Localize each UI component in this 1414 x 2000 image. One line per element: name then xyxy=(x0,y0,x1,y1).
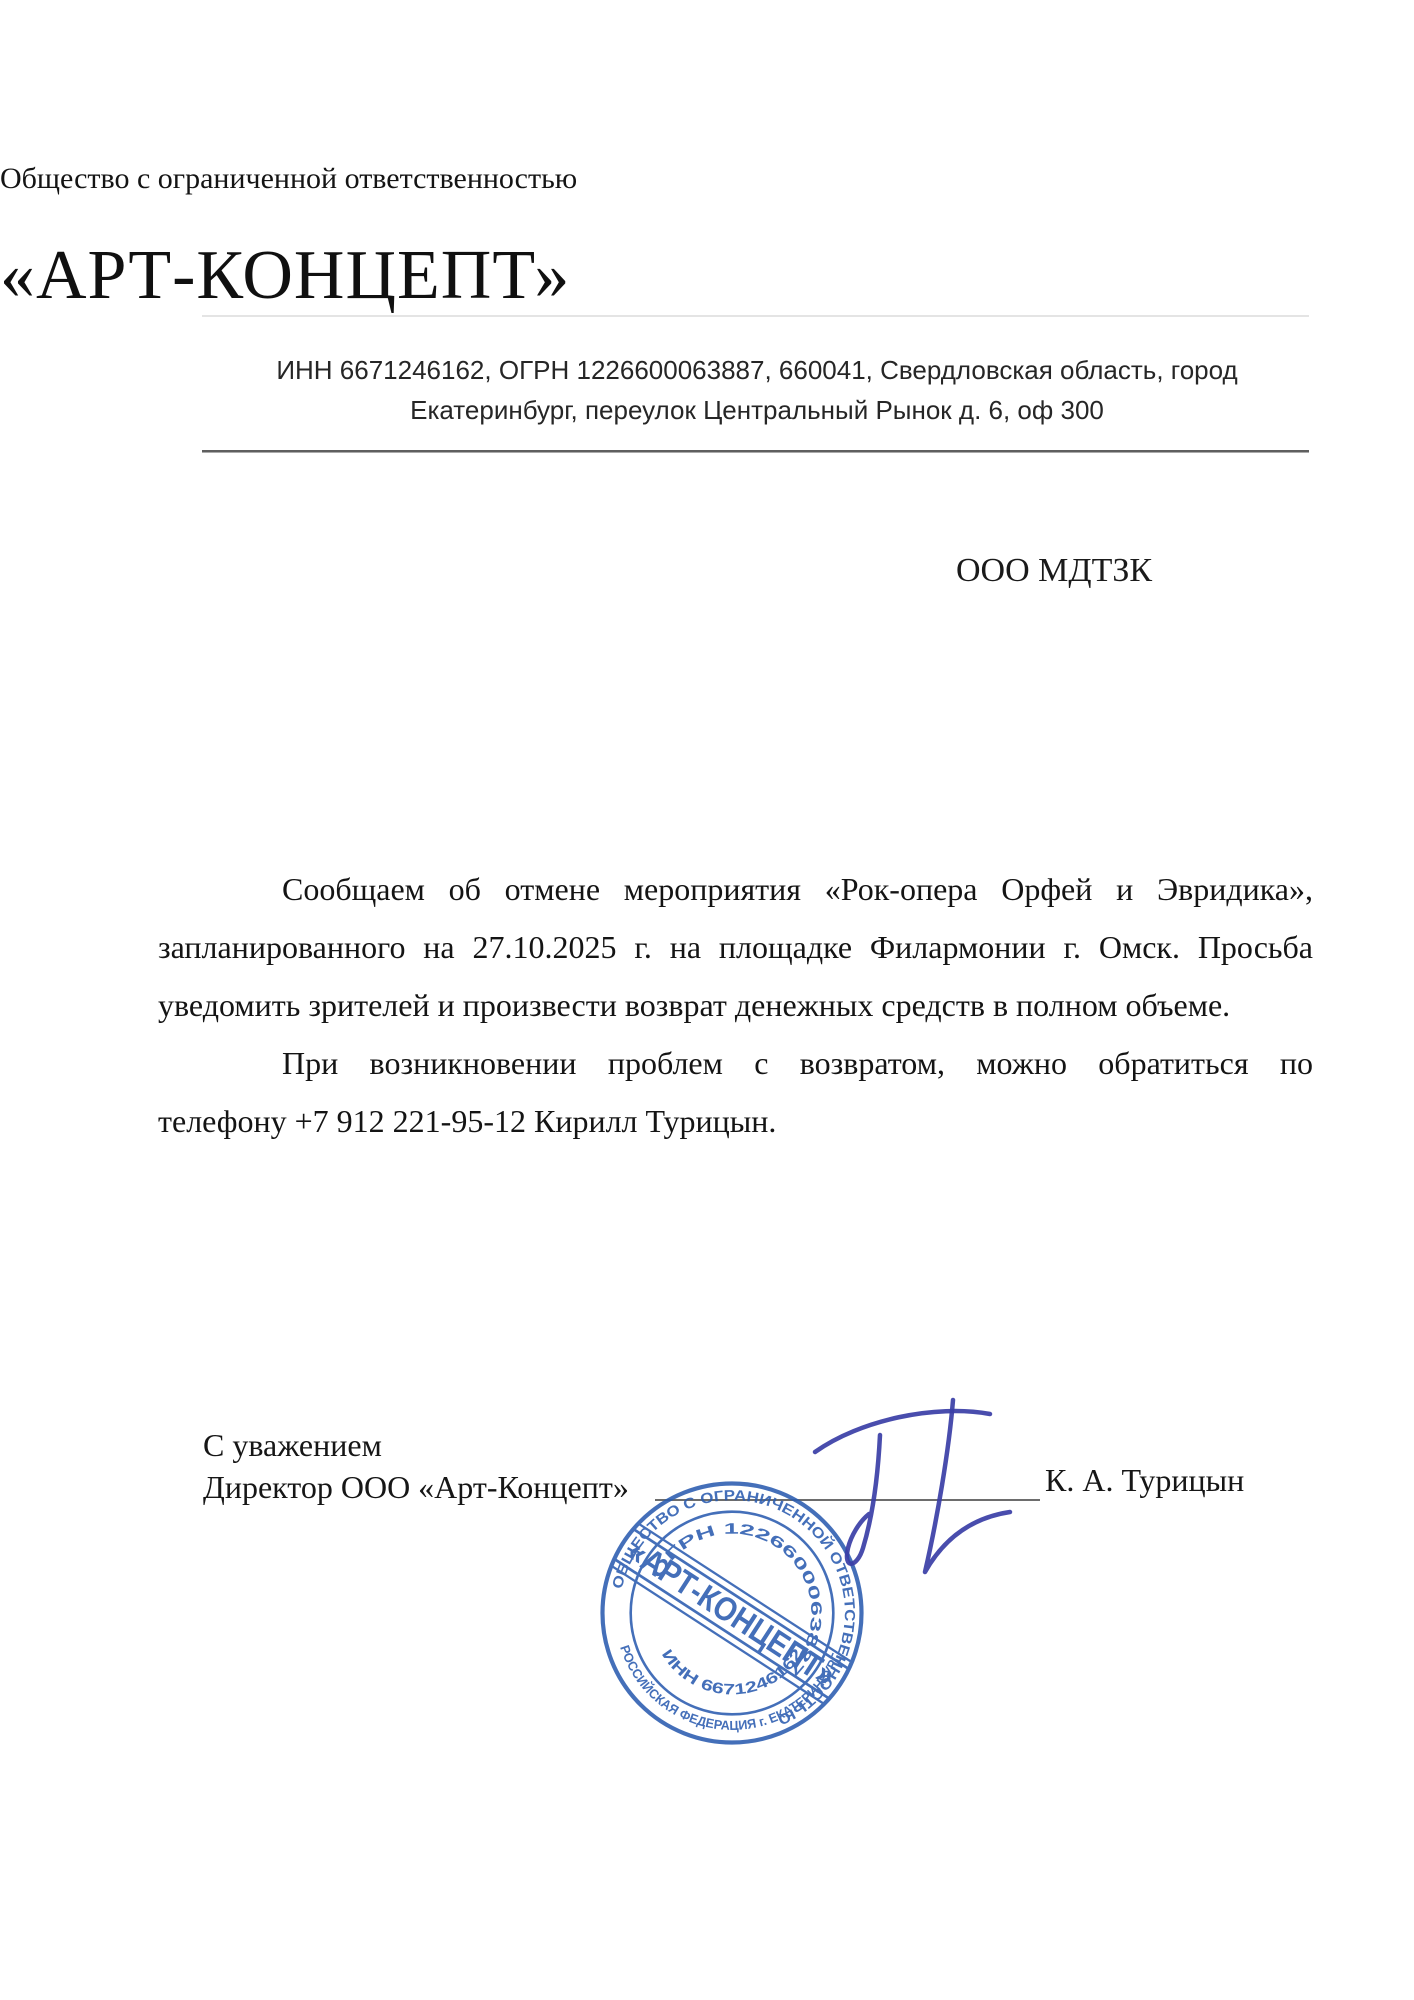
letterhead-company-name: «АРТ-КОНЦЕПТ» xyxy=(0,236,1414,316)
signature-stroke-top-bar xyxy=(815,1411,990,1452)
closing-regards: С уважением xyxy=(203,1424,629,1466)
requisites-line-1: ИНН 6671246162, ОГРН 1226600063887, 6600… xyxy=(150,350,1364,390)
letterhead-org-type: Общество с ограниченной ответственностью xyxy=(0,162,1414,196)
body-line: При возникновении проблем с возвратом, м… xyxy=(158,1034,1313,1092)
letterhead-divider xyxy=(202,450,1309,453)
signature-stroke-slash xyxy=(925,1400,1010,1572)
closing-position: Директор ООО «Арт-Концепт» xyxy=(203,1466,629,1508)
handwritten-signature xyxy=(785,1390,1025,1580)
body-line: запланированного на 27.10.2025 г. на пло… xyxy=(158,918,1313,976)
signature-stroke-stem xyxy=(847,1435,880,1564)
signer-name: К. А. Турицын xyxy=(1045,1462,1244,1499)
body-line: телефону +7 912 221-95-12 Кирилл Турицын… xyxy=(158,1092,1313,1150)
closing-block: С уважением Директор ООО «Арт-Концепт» xyxy=(203,1424,629,1508)
body-line: Сообщаем об отмене мероприятия «Рок-опер… xyxy=(158,860,1313,918)
letter-body: Сообщаем об отмене мероприятия «Рок-опер… xyxy=(158,860,1313,1150)
letterhead-requisites: ИНН 6671246162, ОГРН 1226600063887, 6600… xyxy=(150,350,1364,430)
recipient-name: ООО МДТЗК xyxy=(956,552,1152,590)
requisites-line-2: Екатеринбург, переулок Центральный Рынок… xyxy=(150,390,1364,430)
letterhead-faint-divider xyxy=(202,315,1309,317)
letter-page: Общество с ограниченной ответственностью… xyxy=(0,0,1414,2000)
body-line: уведомить зрителей и произвести возврат … xyxy=(158,976,1313,1034)
